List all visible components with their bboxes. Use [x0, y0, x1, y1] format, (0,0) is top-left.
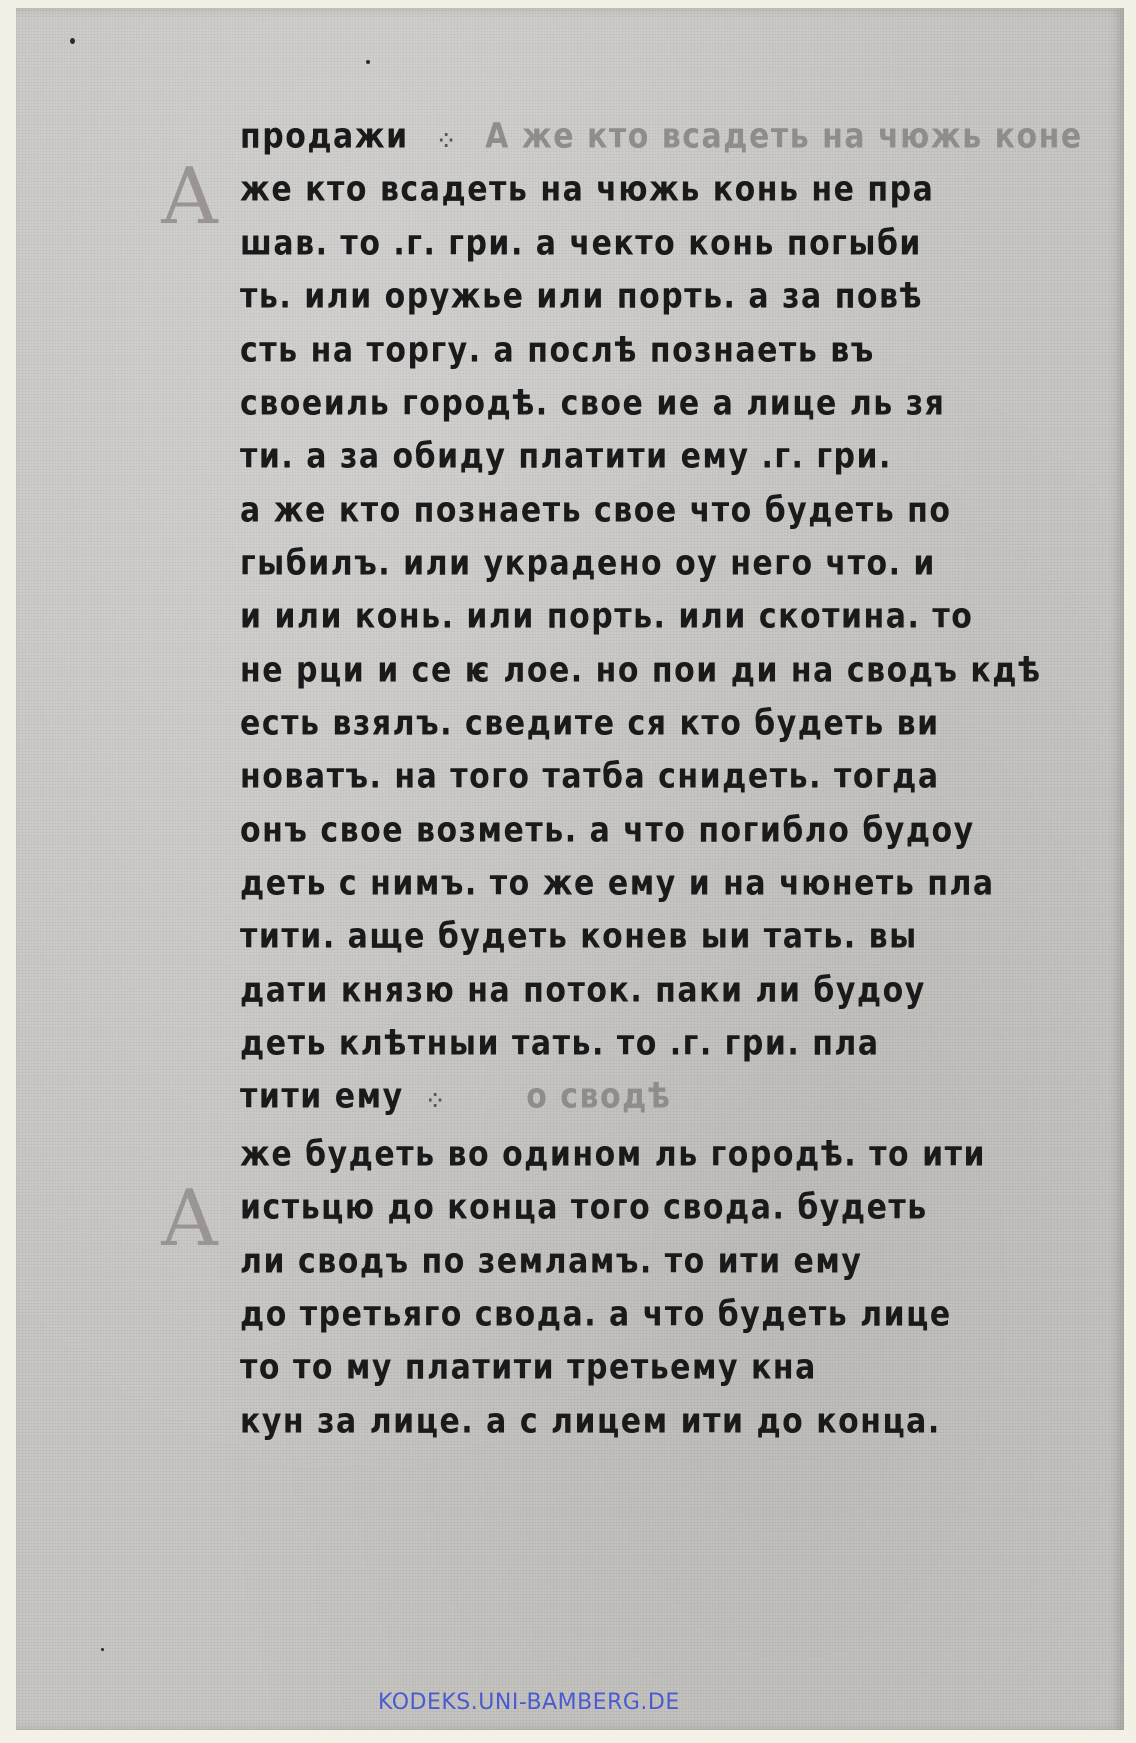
text-line-4: ть. или оружье или порть. а за повѣ [240, 268, 923, 326]
separator-mark: ⁘ [439, 129, 456, 153]
ink-speck [101, 1648, 104, 1651]
watermark-link: KODEKS.UNI-BAMBERG.DE [378, 1690, 680, 1715]
text-line-2: же кто всадеть на чюжь конь не пра [240, 161, 934, 219]
text-line-23: ли сводъ по земламъ. то ити ему [240, 1233, 862, 1291]
text-line-7: ти. а за обиду платити ему .г. гри. [240, 428, 892, 486]
heading-line: продажи ⁘ А же кто всадеть на чюжь коне [240, 108, 1083, 166]
ink-speck [70, 38, 75, 44]
text-line-5: сть на торгу. а послѣ познаеть въ [240, 322, 875, 380]
section-rubric: о сводѣ [526, 1076, 671, 1116]
text-line-15: деть с нимъ. то же ему и на чюнеть пла [240, 855, 995, 913]
text-line-11: не рци и се ѥ лое. но пои ди на сводъ кд… [240, 642, 1042, 700]
text-line-3: шав. то .г. гри. а чекто конь погыби [240, 215, 922, 273]
rubric-initial-1: А [160, 158, 219, 236]
text-line-18: деть клѣтныи тать. то .г. гри. пла [240, 1015, 880, 1073]
text-line-26: кун за лице. а с лицем ити до конца. [240, 1393, 941, 1451]
rubric-initial-2: А [160, 1180, 219, 1258]
text-line-6: своеиль городѣ. свое ие а лице ль зя [240, 375, 945, 433]
text-line-9: гыбилъ. или украдено оу него что. и [240, 535, 936, 593]
text-line-16: тити. аще будеть конев ыи тать. вы [240, 908, 918, 966]
text-line-21: же будеть во одином ль городѣ. то ити [240, 1126, 986, 1184]
text-line-14: онъ свое возметь. а что погибло будоу [240, 802, 975, 860]
rubric-title: А же кто всадеть на чюжь коне [485, 116, 1083, 156]
text-line-17: дати князю на поток. паки ли будоу [240, 962, 926, 1020]
text-line-24: до третьяго свода. а что будеть лице [240, 1286, 952, 1344]
ink-speck [366, 60, 370, 64]
text-line-8: а же кто познаеть свое что будеть по [240, 482, 951, 540]
text-line-10: и или конь. или порть. или скотина. то [240, 588, 973, 646]
line-text: тити ему [240, 1076, 404, 1116]
separator-mark: ⁘ [428, 1089, 445, 1113]
text-line-13: новатъ. на того татба снидеть. тогда [240, 748, 940, 806]
text-line-22: истьцю до конца того свода. будеть [240, 1179, 928, 1237]
text-line-12: есть взялъ. сведите ся кто будеть ви [240, 695, 940, 753]
text-line-19: тити ему ⁘ о сводѣ [240, 1068, 671, 1126]
text-line-25: то то му платити третьему кна [240, 1339, 817, 1397]
heading-word: продажи [240, 116, 409, 156]
